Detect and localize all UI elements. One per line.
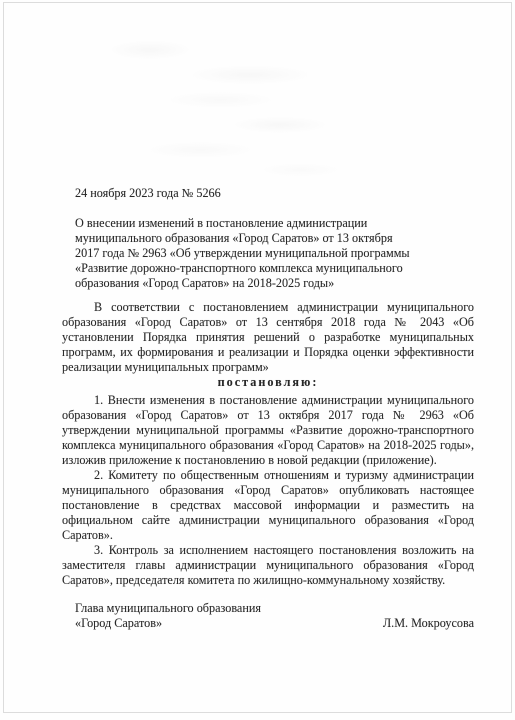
faded-letterhead-artifacts <box>0 0 515 200</box>
document-title: О внесении изменений в постановление адм… <box>62 216 474 291</box>
decree-item-2: 2. Комитету по общественным отношениям и… <box>62 468 474 543</box>
signature-block: Глава муниципального образования «Город … <box>62 601 474 631</box>
signer-name: Л.М. Мокроусова <box>383 616 474 631</box>
date-and-number-line: 24 ноября 2023 года № 5266 <box>62 186 474 201</box>
document-body: 24 ноября 2023 года № 5266 О внесении из… <box>62 186 474 631</box>
decree-item-1: 1. Внести изменения в постановление адми… <box>62 393 474 468</box>
signer-position: Глава муниципального образования «Город … <box>75 601 261 631</box>
decree-word: постановляю: <box>62 375 474 390</box>
preamble-paragraph: В соответствии с постановлением админист… <box>62 300 474 375</box>
decree-item-3: 3. Контроль за исполнением настоящего по… <box>62 543 474 588</box>
scanned-decree-page: 24 ноября 2023 года № 5266 О внесении из… <box>0 0 515 720</box>
